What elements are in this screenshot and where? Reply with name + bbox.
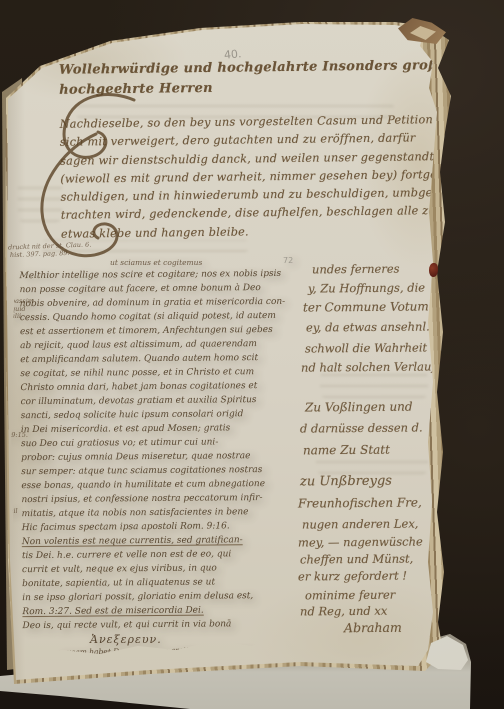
greek-word: Ἀνεξερευν.: [90, 633, 162, 646]
right-fragment: zu Unßbreygs: [300, 474, 392, 490]
right-fragment: ey, da etwas ansehnl.: [306, 319, 430, 334]
latin-text-block: Melthior intellige nos scire et cogitare…: [19, 267, 288, 633]
right-fragment: nd Reg, und xx: [300, 604, 387, 619]
ink-bleedthrough: [320, 372, 428, 398]
right-fragment: d darnüsse dessen d.: [300, 420, 423, 435]
right-fragment: Zu Voßlingen und: [305, 400, 413, 415]
interlinear-note: ut sciamus et cogitemus: [110, 258, 202, 267]
right-fragment: undes ferneres: [312, 262, 400, 277]
right-fragment: nugen anderen Lex,: [302, 516, 419, 531]
right-fragment: nd halt solchen Verlauff: [301, 359, 440, 374]
right-fragment: schwoll die Wahrheit: [305, 340, 427, 355]
pencil-inset-number: 72: [283, 256, 293, 265]
right-fragment: cheffen und Münst,: [300, 552, 413, 567]
right-fragment: y, Zu Hoffnungs, die: [308, 280, 425, 295]
latin-line: Deo is, qui recte vult, et qui currit in…: [22, 617, 288, 633]
right-fragment: ominime feurer: [305, 588, 395, 603]
right-fragment: ter Commune Votum: [303, 299, 429, 314]
red-wax-spot: [429, 263, 438, 277]
right-fragment: Freunhofischen Fre,: [298, 495, 422, 510]
manuscript-photo: 40. Wollehrwürdige und hochgelahrte Inso…: [0, 0, 504, 709]
right-fragment: er kurz gefordert !: [298, 569, 407, 584]
right-fragment: mey, — nagenwüsche: [298, 534, 423, 549]
signature-abraham: Abraham: [344, 620, 402, 636]
right-fragment: name Zu Statt: [303, 443, 390, 458]
